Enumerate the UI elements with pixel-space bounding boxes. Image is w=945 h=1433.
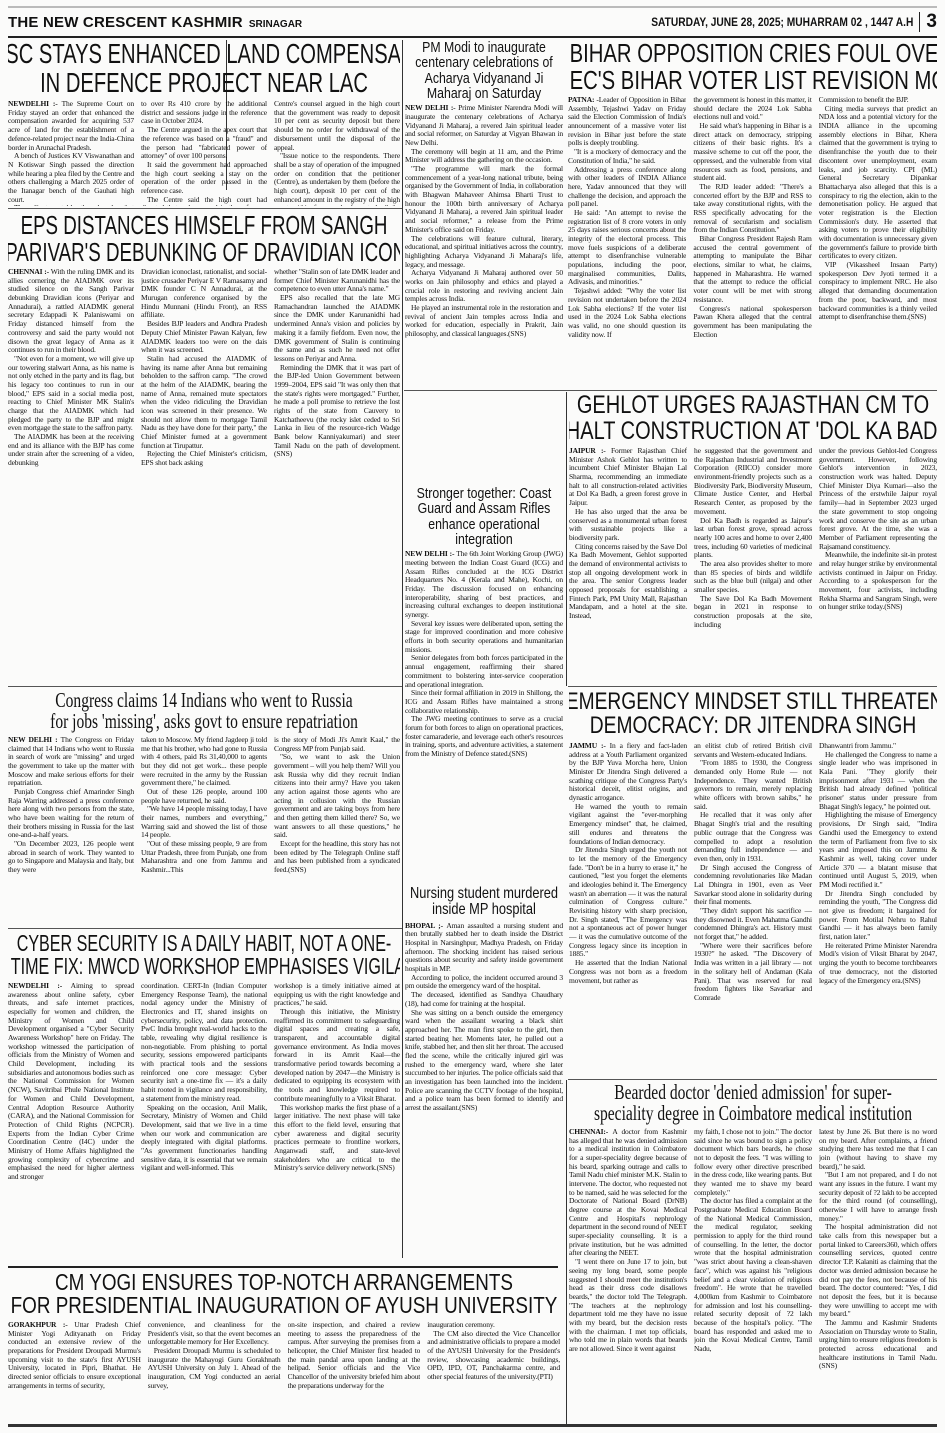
article-paragraph: Tejashwi added: "Why the voter list revi… <box>568 287 686 339</box>
article-column: PATNA: -Leader of Opposition in Bihar As… <box>568 96 686 384</box>
article-column: GORAKHPUR :- Uttar Pradesh Chief Ministe… <box>8 1321 141 1415</box>
article-column: CHENNAI:- A doctor from Kashmir has alle… <box>569 1128 687 1418</box>
article-paragraph: JAIPUR :- Former Rajasthan Chief Ministe… <box>569 447 687 508</box>
article-paragraph: EPS also recalled that the late MG Ramac… <box>274 294 400 364</box>
article-paragraph: He reiterated Prime Minister Narendra Mo… <box>819 942 937 985</box>
article-paragraph: BHOPAL ;- Aman assaulted a nursing stude… <box>405 922 563 974</box>
article-paragraph: my faith, I chose not to join." The doct… <box>694 1128 812 1198</box>
article-dateline: GORAKHPUR :- <box>8 1321 74 1329</box>
article-paragraph: whether "Stalin son of late DMK leader a… <box>274 268 400 294</box>
article-paragraph: Besides BJP leaders and Andhra Pradesh D… <box>141 320 267 355</box>
article-paragraph: an elitist club of retired British civil… <box>694 742 812 759</box>
article-paragraph: Centre's counsel argued in the high cour… <box>274 100 400 152</box>
top-divider <box>8 6 937 8</box>
article-paragraph: NEW DELHI :- The 6th Joint Working Group… <box>405 550 563 620</box>
article-paragraph: Citing concerns raised by the Save Dol K… <box>569 543 687 621</box>
article-congress-russia-missing: Congress claims 14 Indians who went to R… <box>8 690 400 926</box>
article-paragraph: JAMMU :- In a fiery and fact-laden addre… <box>569 742 687 803</box>
masthead: THE NEW CRESCENT KASHMIR SRINAGAR SATURD… <box>8 10 937 34</box>
article-column: Commission to benefit the BJP.Citing med… <box>819 96 937 384</box>
article-column: NEW DELHI :- Prime Minister Narendra Mod… <box>405 104 563 384</box>
article-paragraph: "Not even for a moment, we will give up … <box>8 355 134 433</box>
article-column: my faith, I chose not to join." The doct… <box>694 1128 812 1418</box>
article-paragraph: on-site inspection, and chaired a review… <box>288 1321 421 1391</box>
headline: Congress claims 14 Indians who went to R… <box>8 690 400 711</box>
article-paragraph: Rejecting the Chief Minister's criticism… <box>141 450 267 467</box>
headline: Bearded doctor 'denied admission' for su… <box>572 1082 933 1103</box>
article-paragraph: Highlighting the misuse of Emergency pro… <box>819 811 937 889</box>
article-paragraph: He warned the youth to remain vigilant a… <box>569 803 687 846</box>
article-paragraph: The AIADMK has been at the receiving end… <box>8 433 134 468</box>
article-paragraph: Addressing a press conference along with… <box>568 166 686 209</box>
article-column: NEWDELHI :- Aiming to spread awareness a… <box>8 982 134 1258</box>
article-paragraph: Dravidian iconoclast, rationalist, and s… <box>141 268 267 320</box>
article-paragraph: "It is a mockery of democracy and the Co… <box>568 148 686 165</box>
article-paragraph: NEWDELHI :- The Supreme Court on Friday … <box>8 100 134 152</box>
article-column: taken to Moscow. My friend Jagdeep ji to… <box>141 736 267 920</box>
article-paragraph: "The programme will mark the formal comm… <box>405 165 563 235</box>
newspaper-name: THE NEW CRESCENT KASHMIR <box>8 14 243 31</box>
article-paragraph: She was sitting on a bench outside the e… <box>405 1009 563 1113</box>
headline: PM Modi to inaugurate centenary celebrat… <box>408 40 561 101</box>
headline: PARIVAR'S DEBUNKING OF DRAVIDIAN ICONS <box>8 239 400 266</box>
article-paragraph: PATNA: -Leader of Opposition in Bihar As… <box>568 96 686 148</box>
article-paragraph: The deceased, identified as Sandhya Chau… <box>405 991 563 1008</box>
article-dateline: JAIPUR :- <box>569 447 611 455</box>
article-paragraph: Dr Jitendra Singh concluded by reminding… <box>819 890 937 942</box>
article-column: is the story of Modi Ji's Amrit Kaal," t… <box>274 736 400 920</box>
article-column: JAMMU :- In a fiery and fact-laden addre… <box>569 742 687 1068</box>
article-paragraph: Bihar Congress President Rajesh Ram accu… <box>693 235 811 305</box>
headline: TIME FIX: MWCD WORKSHOP EMPHASISES VIGIL… <box>11 955 397 978</box>
article-paragraph: He asserted that the Indian National Con… <box>569 959 687 985</box>
headline: HALT CONSTRUCTION AT 'DOL KA BADH' <box>569 419 937 445</box>
newspaper-city: SRINAGAR <box>249 19 302 30</box>
article-dateline: NEWDELHI :- <box>8 100 62 108</box>
article-paragraph: The celebrations will feature cultural, … <box>405 235 563 270</box>
article-paragraph: NEW DELHI :- Prime Minister Narendra Mod… <box>405 104 563 147</box>
article-paragraph: "Out of these missing people, 9 are from… <box>141 840 267 875</box>
article-paragraph: The area also provides shelter to more t… <box>694 560 812 595</box>
article-paragraph: President Droupadi Murmu is scheduled to… <box>148 1347 281 1390</box>
headline: EMERGENCY MINDSET STILL THREATENS <box>569 690 937 714</box>
article-column: to over Rs 410 crore by the additional d… <box>141 100 267 206</box>
article-paragraph: This workshop marks the first phase of a… <box>274 1104 400 1174</box>
article-paragraph: Except for the headline, this story has … <box>274 840 400 875</box>
article-paragraph: "But I am not prepared, and I do not wan… <box>819 1171 937 1223</box>
article-dateline: CHENNAI :- <box>8 268 51 276</box>
article-gehlot-dol-ka-badh: GEHLOT URGES RAJASTHAN CM TO HALT CONSTR… <box>569 393 937 685</box>
article-column: Dhanwantri from Jammu."He challenged the… <box>819 742 937 1068</box>
article-column: Centre's counsel argued in the high cour… <box>274 100 400 206</box>
article-bearded-doctor: Bearded doctor 'denied admission' for su… <box>569 1082 937 1422</box>
article-paragraph: Citing media surveys that predict an NDA… <box>819 105 937 261</box>
column-divider <box>566 392 567 686</box>
article-sc-land-compensation: SC STAYS ENHANCED LAND COMPENSATION IN D… <box>8 40 400 206</box>
article-paragraph: Reminding the DMK that it was part of th… <box>274 364 400 460</box>
article-paragraph: Stalin had accused the AIADMK of having … <box>141 355 267 451</box>
article-column: convenience, and cleanliness for the Pre… <box>148 1321 281 1415</box>
article-paragraph: Dr Singh accused the Congress of condemn… <box>694 864 812 907</box>
headline: for jobs 'missing', asks govt to ensure … <box>8 711 400 732</box>
column-divider <box>402 40 403 1258</box>
article-dateline: NEW DELHI :- <box>405 104 458 112</box>
article-column: CHENNAI :- With the ruling DMK and its a… <box>8 268 134 676</box>
article-paragraph: "On December 2023, 126 people went abroa… <box>8 840 134 875</box>
article-paragraph: "We have 14 people missing today, I have… <box>141 805 267 840</box>
article-paragraph: The Jammu and Kashmir Students Associati… <box>819 1319 937 1371</box>
article-paragraph: The ceremony will begin at 11 am, and th… <box>405 148 563 165</box>
article-column: he suggested that the government and the… <box>694 447 812 675</box>
article-column: NEW DELHI : The Congress on Friday claim… <box>8 736 134 920</box>
article-column: under the previous Gehlot-led Congress g… <box>819 447 937 675</box>
headline: Stronger together: Coast Guard and Assam… <box>408 486 561 547</box>
headline: Nursing student murdered inside MP hospi… <box>410 886 559 919</box>
article-paragraph: He said what's happening in Bihar is a d… <box>693 122 811 183</box>
article-column: JAIPUR :- Former Rajasthan Chief Ministe… <box>569 447 687 675</box>
article-paragraph: Through this initiative, the Ministry re… <box>274 1008 400 1104</box>
headline: FOR PRESIDENTIAL INAUGURATION OF AYUSH U… <box>8 1294 560 1317</box>
headline: GEHLOT URGES RAJASTHAN CM TO <box>569 393 937 419</box>
article-paragraph: The JWG meeting continues to serve as a … <box>405 715 563 758</box>
article-column: the government is honest in this matter,… <box>693 96 811 384</box>
article-paragraph: coordination. CERT-In (Indian Computer E… <box>141 982 267 1104</box>
article-paragraph: Out of these 126 people, around 100 peop… <box>141 788 267 805</box>
article-paragraph: A bench of Justices KV Viswanathan and N… <box>8 152 134 204</box>
headline: IN DEFENCE PROJECT NEAR LAC <box>8 69 400 98</box>
article-paragraph: The RJD leader added: "There's a concert… <box>693 183 811 235</box>
article-paragraph: is the story of Modi Ji's Amrit Kaal," t… <box>274 736 400 753</box>
article-paragraph: to over Rs 410 crore by the additional d… <box>141 100 267 126</box>
article-paragraph: "So, we want to ask the Union government… <box>274 753 400 840</box>
article-divider <box>8 928 402 929</box>
article-paragraph: taken to Moscow. My friend Jagdeep ji to… <box>141 736 267 788</box>
headline: CM YOGI ENSURES TOP-NOTCH ARRANGEMENTS <box>8 1271 560 1294</box>
article-coast-guard-assam-rifles: Stronger together: Coast Guard and Assam… <box>405 486 563 866</box>
article-paragraph: NEWDELHI :- Aiming to spread awareness a… <box>8 982 134 1182</box>
article-paragraph: He recalled that it was only after Bhaga… <box>694 811 812 863</box>
page-number-divider <box>919 12 920 32</box>
article-paragraph: The doctor has filed a complaint at the … <box>694 1197 812 1353</box>
article-paragraph: It said the government had approached th… <box>141 161 267 196</box>
article-paragraph: latest by June 26. But there is no word … <box>819 1128 937 1171</box>
article-divider <box>8 686 402 687</box>
headline: SC STAYS ENHANCED LAND COMPENSATION <box>8 40 400 69</box>
article-column: whether "Stalin son of late DMK leader a… <box>274 268 400 676</box>
article-divider <box>8 208 402 209</box>
issue-date: SATURDAY, JUNE 28, 2025; MUHARRAM 02 , 1… <box>651 15 913 29</box>
article-column: inauguration ceremony.The CM also direct… <box>427 1321 560 1415</box>
article-paragraph: Since their formal affiliation in 2019 i… <box>405 689 563 715</box>
article-paragraph: He has also urged that the area be conse… <box>569 508 687 543</box>
article-paragraph: Meanwhile, the indefinite sit-in protest… <box>819 551 937 612</box>
article-divider <box>568 1079 937 1080</box>
article-paragraph: The Centre said the high court had direc… <box>141 196 267 206</box>
article-paragraph: Punjab Congress chief Amarinder Singh Ra… <box>8 788 134 840</box>
headline: BIHAR OPPOSITION CRIES FOUL OVER <box>570 40 936 67</box>
headline: EPS DISTANCES HIMSELF FROM SANGH <box>8 212 400 239</box>
article-dateline: BHOPAL ;- <box>405 922 446 930</box>
article-column: workshop is a timely initiative aimed at… <box>274 982 400 1258</box>
article-paragraph: VIP (Vikassheel Insaan Party) spokespers… <box>819 261 937 322</box>
article-paragraph: Acharya Vidyanand Ji Maharaj authored ov… <box>405 269 563 304</box>
article-paragraph: According to police, the incident occurr… <box>405 974 563 991</box>
article-paragraph: "Where were their sacrifices before 1930… <box>694 942 812 1003</box>
article-dateline: NEWDELHI :- <box>8 982 71 990</box>
article-emergency-mindset: EMERGENCY MINDSET STILL THREATENS DEMOCR… <box>569 690 937 1077</box>
article-paragraph: "They didn't support his sacrifice — the… <box>694 907 812 942</box>
article-column: NEWDELHI :- The Supreme Court on Friday … <box>8 100 134 206</box>
masthead-rule <box>8 36 937 38</box>
article-paragraph: He played an instrumental role in the re… <box>405 304 563 339</box>
article-paragraph: Dol Ka Badh is regarded as Jaipur's last… <box>694 517 812 560</box>
headline: CYBER SECURITY IS A DAILY HABIT, NOT A O… <box>11 932 397 955</box>
article-paragraph: convenience, and cleanliness for the Pre… <box>148 1321 281 1347</box>
article-paragraph: The CM also directed the Vice Chancellor… <box>427 1330 560 1382</box>
article-paragraph: GORAKHPUR :- Uttar Pradesh Chief Ministe… <box>8 1321 141 1391</box>
article-dateline: NEW DELHI : <box>8 736 61 744</box>
article-paragraph: under the previous Gehlot-led Congress g… <box>819 447 937 551</box>
article-paragraph: The hospital administration did not take… <box>819 1223 937 1319</box>
article-cyber-security-workshop: CYBER SECURITY IS A DAILY HABIT, NOT A O… <box>8 932 400 1264</box>
page-bottom-rule <box>8 1424 937 1427</box>
article-paragraph: Speaking on the occasion, Anil Malik, Se… <box>141 1104 267 1174</box>
article-column: coordination. CERT-In (Indian Computer E… <box>141 982 267 1258</box>
page-number: 3 <box>926 11 937 33</box>
article-paragraph: He challenged the Congress to name a sin… <box>819 751 937 812</box>
headline: EC'S BIHAR VOTER LIST REVISION MOVE <box>570 67 936 94</box>
article-paragraph: "I went there on June 17 to join, but se… <box>569 1258 687 1354</box>
article-column: Dravidian iconoclast, rationalist, and s… <box>141 268 267 676</box>
article-nursing-student-murder: Nursing student murdered inside MP hospi… <box>405 886 563 1264</box>
article-paragraph: "From 1885 to 1930, the Congress demande… <box>694 759 812 811</box>
article-paragraph: CHENNAI :- With the ruling DMK and its a… <box>8 268 134 355</box>
article-column: NEW DELHI :- The 6th Joint Working Group… <box>405 550 563 860</box>
article-paragraph: Several key issues were deliberated upon… <box>405 620 563 655</box>
article-divider <box>8 1266 558 1268</box>
article-pm-modi-centenary: PM Modi to inaugurate centenary celebrat… <box>405 40 563 390</box>
column-divider <box>566 1080 567 1424</box>
article-column: BHOPAL ;- Aman assaulted a nursing stude… <box>405 922 563 1252</box>
article-body: NEWDELHI :- The Supreme Court on Friday … <box>8 100 400 206</box>
article-column: an elitist club of retired British civil… <box>694 742 812 1068</box>
article-paragraph: workshop is a timely initiative aimed at… <box>274 982 400 1008</box>
article-paragraph: the government is honest in this matter,… <box>693 96 811 122</box>
article-dateline: PATNA: <box>568 96 596 104</box>
article-paragraph: The Centre told the bench that compensat… <box>8 204 134 206</box>
article-paragraph: NEW DELHI : The Congress on Friday claim… <box>8 736 134 788</box>
article-paragraph: "Issue notice to the respondents. There … <box>274 152 400 206</box>
article-dateline: JAMMU :- <box>569 742 610 750</box>
article-paragraph: He said: "An attempt to revise the regis… <box>568 209 686 287</box>
article-paragraph: CHENNAI:- A doctor from Kashmir has alle… <box>569 1128 687 1258</box>
article-dateline: CHENNAI:- <box>569 1128 612 1136</box>
headline: speciality degree in Coimbatore medical … <box>572 1103 933 1124</box>
article-paragraph: Dr Jitendra Singh urged the youth not to… <box>569 846 687 959</box>
article-paragraph: The Save Dol Ka Badh Movement began in 2… <box>694 595 812 630</box>
article-paragraph: Senior delegates from both forces partic… <box>405 654 563 689</box>
article-eps-dravidian-icons: EPS DISTANCES HIMSELF FROM SANGH PARIVAR… <box>8 212 400 684</box>
article-paragraph: Congress's national spokesperson Pawan K… <box>693 305 811 340</box>
newspaper-page: THE NEW CRESCENT KASHMIR SRINAGAR SATURD… <box>0 0 945 1433</box>
headline: DEMOCRACY: DR JITENDRA SINGH <box>569 714 937 738</box>
article-divider <box>404 390 937 391</box>
article-bihar-voter-list: BIHAR OPPOSITION CRIES FOUL OVER EC'S BI… <box>568 40 937 388</box>
article-column: on-site inspection, and chaired a review… <box>288 1321 421 1415</box>
article-cm-yogi-ayush-university: CM YOGI ENSURES TOP-NOTCH ARRANGEMENTS F… <box>8 1271 560 1423</box>
article-divider <box>568 686 937 687</box>
article-column: latest by June 26. But there is no word … <box>819 1128 937 1418</box>
article-paragraph: he suggested that the government and the… <box>694 447 812 517</box>
article-dateline: NEW DELHI :- <box>405 550 456 558</box>
article-paragraph: The Centre argued in the apex court that… <box>141 126 267 161</box>
